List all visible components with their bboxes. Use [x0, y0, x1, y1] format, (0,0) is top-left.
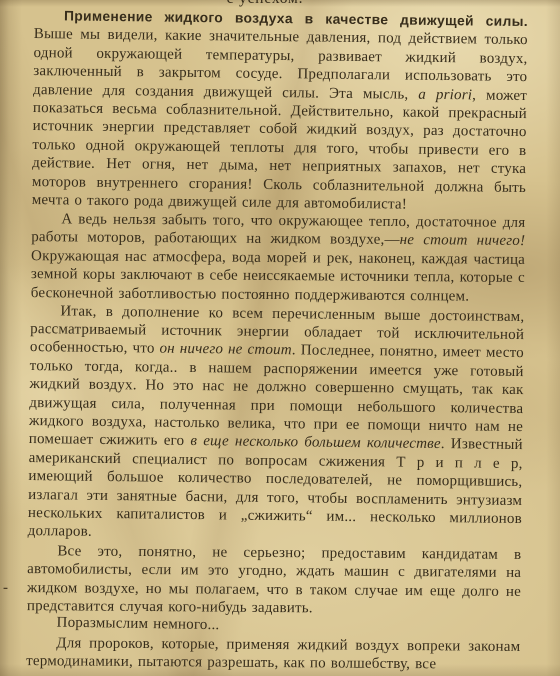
text-segment: не стоит ничего! — [400, 233, 526, 250]
paragraph-run-in-heading: Применение жидкого воздуха в качестве дв… — [64, 8, 528, 29]
text-segment: . Известный американский специалист по в… — [28, 436, 523, 540]
text-segment: Все это, понятно, не серьезно; предостав… — [27, 543, 522, 616]
book-page-scan: с успехом. Применение жидкого воздуха в … — [0, 0, 560, 676]
margin-stray-mark: - — [3, 580, 8, 597]
paragraph-not-serious: Все это, понятно, не серьезно; предостав… — [27, 542, 522, 620]
paragraph-costs-nothing: Итак, в дополнение ко всем перечисленным… — [28, 302, 525, 547]
text-segment: он ничего не стоит — [159, 341, 292, 359]
heading-paragraph: Применение жидкого воздуха в качестве дв… — [32, 7, 528, 215]
text-segment: Окружающая нас атмосфера, вода морей и р… — [31, 248, 525, 304]
text-segment: Для пророков, которые, применяя жидкий в… — [26, 635, 520, 672]
paragraph-prophets: Для пророков, которые, применяя жидкий в… — [26, 634, 520, 675]
text-segment: , может показаться весьма соблазнительно… — [32, 87, 527, 213]
text-segment: Поразмыслим немного... — [56, 615, 219, 634]
paragraph-surrounding-heat: А ведь нельзя забыть того, что окружающе… — [31, 211, 526, 307]
text-segment: в еще несколько большем количестве — [190, 433, 441, 452]
text-segment: a priori — [418, 86, 472, 103]
text-block: Применение жидкого воздуха в качестве дв… — [0, 7, 560, 676]
